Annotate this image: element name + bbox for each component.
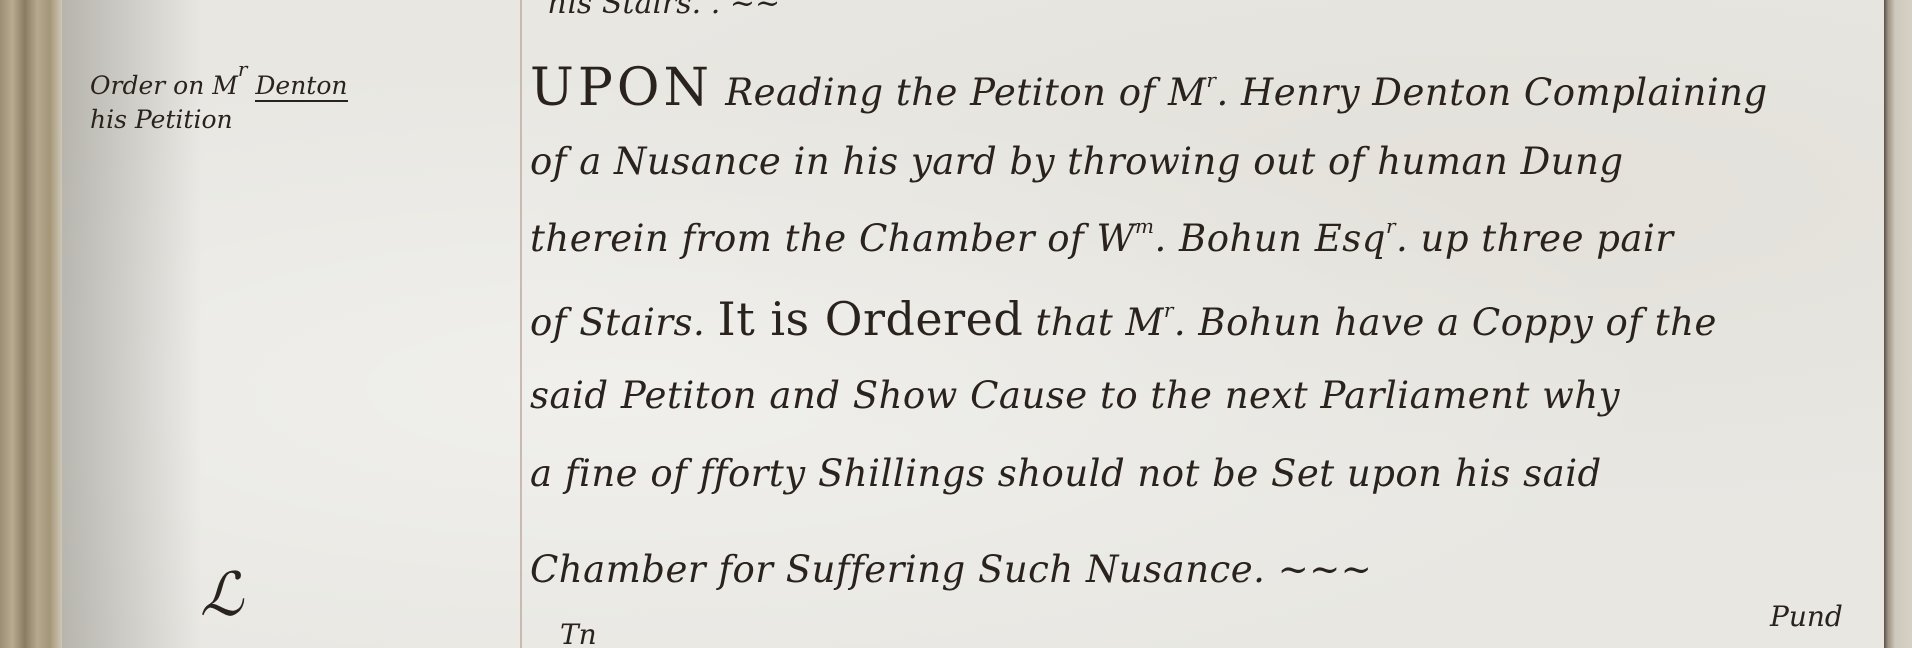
entry-line-4: of Stairs. It is Ordered that Mr. Bohun …: [530, 292, 1717, 346]
margin-note: Order on Mr Denton his Petition: [90, 52, 348, 137]
entry-line-6: a fine of fforty Shillings should not be…: [530, 452, 1602, 495]
book-binding-right: [1884, 0, 1912, 648]
margin-note-line-2: his Petition: [90, 103, 348, 137]
bottom-left-flourish: ℒ: [200, 560, 243, 630]
entry-line-7: Chamber for Suffering Such Nusance. ~~~: [530, 548, 1372, 591]
entry-line-3: therein from the Chamber of Wm. Bohun Es…: [530, 214, 1674, 260]
drop-cap-word: UPON: [530, 58, 713, 118]
entry-line-2: of a Nusance in his yard by throwing out…: [530, 140, 1624, 183]
entry-line-1: UPON Reading the Petiton of Mr. Henry De…: [530, 58, 1768, 118]
entry-line-5: said Petiton and Show Cause to the next …: [530, 374, 1620, 417]
next-entry-fragment: Tn: [560, 618, 597, 648]
margin-note-line-1: Order on Mr Denton: [90, 52, 348, 103]
margin-rule-line: [520, 0, 522, 648]
next-entry-right-fragment: Pund: [1770, 600, 1843, 633]
ordered-clause: It is Ordered: [718, 292, 1024, 346]
book-binding-left: [0, 0, 62, 648]
previous-entry-tail: his Stairs. . ~~: [548, 0, 780, 21]
margin-note-name: Denton: [255, 71, 347, 102]
